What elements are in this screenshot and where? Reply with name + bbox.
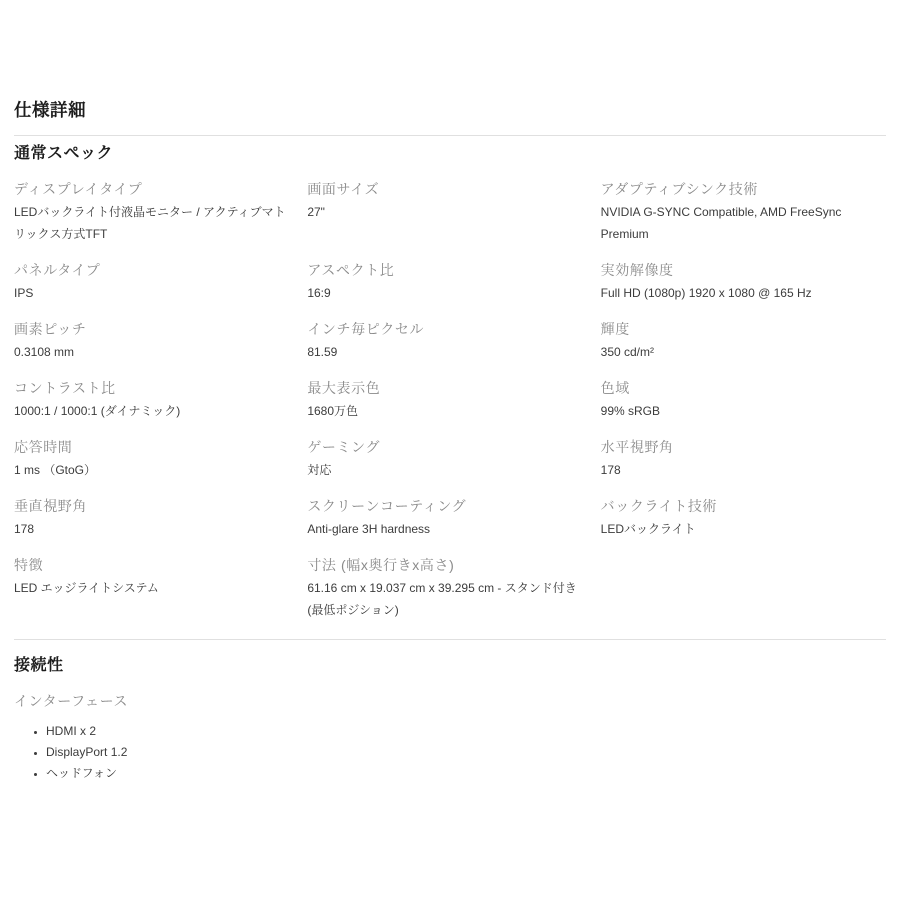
spec-label: パネルタイプ	[14, 261, 293, 279]
spec-value: LEDバックライト付液晶モニター / アクティブマトリックス方式TFT	[14, 201, 293, 245]
spec-grid: ディスプレイタイプ LEDバックライト付液晶モニター / アクティブマトリックス…	[14, 180, 886, 621]
spec-label: アスペクト比	[307, 261, 586, 279]
divider-middle	[14, 639, 886, 640]
spec-item-display-type: ディスプレイタイプ LEDバックライト付液晶モニター / アクティブマトリックス…	[14, 180, 299, 245]
divider-top	[14, 135, 886, 136]
spec-item-resolution: 実効解像度 Full HD (1080p) 1920 x 1080 @ 165 …	[601, 261, 886, 304]
spec-item-response-time: 応答時間 1 ms （GtoG）	[14, 438, 299, 481]
spec-label: 画素ピッチ	[14, 320, 293, 338]
interface-list-item: ヘッドフォン	[46, 766, 886, 781]
interface-list: HDMI x 2 DisplayPort 1.2 ヘッドフォン	[14, 724, 886, 781]
spec-item-brightness: 輝度 350 cd/m²	[601, 320, 886, 363]
spec-value: 1000:1 / 1000:1 (ダイナミック)	[14, 400, 293, 422]
spec-label: バックライト技術	[601, 497, 880, 515]
spec-value: 178	[601, 459, 880, 481]
spec-value: 1680万色	[307, 400, 586, 422]
interface-list-item: DisplayPort 1.2	[46, 745, 886, 760]
spec-value: IPS	[14, 282, 293, 304]
spec-item-screen-size: 画面サイズ 27"	[307, 180, 592, 245]
section-heading-connectivity: 接続性	[14, 656, 886, 676]
spec-value: 対応	[307, 459, 586, 481]
spec-item-v-viewing-angle: 垂直視野角 178	[14, 497, 299, 540]
spec-value: 61.16 cm x 19.037 cm x 39.295 cm - スタンド付…	[307, 577, 586, 621]
spec-value: Anti-glare 3H hardness	[307, 518, 586, 540]
spec-page: 仕様詳細 通常スペック ディスプレイタイプ LEDバックライト付液晶モニター /…	[0, 0, 900, 900]
spec-item-empty	[601, 556, 886, 621]
spec-value: 16:9	[307, 282, 586, 304]
spec-label: コントラスト比	[14, 379, 293, 397]
spec-item-coating: スクリーンコーティング Anti-glare 3H hardness	[307, 497, 592, 540]
spec-item-h-viewing-angle: 水平視野角 178	[601, 438, 886, 481]
spec-item-backlight: バックライト技術 LEDバックライト	[601, 497, 886, 540]
spec-value: 27"	[307, 201, 586, 223]
spec-label: 寸法 (幅x奥行きx高さ)	[307, 556, 586, 574]
spec-value: 81.59	[307, 341, 586, 363]
spec-label: 輝度	[601, 320, 880, 338]
spec-value: 178	[14, 518, 293, 540]
spec-item-pixel-pitch: 画素ピッチ 0.3108 mm	[14, 320, 299, 363]
spec-label: 実効解像度	[601, 261, 880, 279]
spec-value: 350 cd/m²	[601, 341, 880, 363]
spec-item-max-colors: 最大表示色 1680万色	[307, 379, 592, 422]
spec-value: LEDバックライト	[601, 518, 880, 540]
spec-item-aspect-ratio: アスペクト比 16:9	[307, 261, 592, 304]
spec-label: ゲーミング	[307, 438, 586, 456]
spec-label: 水平視野角	[601, 438, 880, 456]
spec-value: 0.3108 mm	[14, 341, 293, 363]
spec-item-features: 特徴 LED エッジライトシステム	[14, 556, 299, 621]
spec-item-gaming: ゲーミング 対応	[307, 438, 592, 481]
spec-item-dimensions: 寸法 (幅x奥行きx高さ) 61.16 cm x 19.037 cm x 39.…	[307, 556, 592, 621]
interface-list-item: HDMI x 2	[46, 724, 886, 739]
section-heading-specs: 通常スペック	[14, 144, 886, 164]
spec-item-contrast: コントラスト比 1000:1 / 1000:1 (ダイナミック)	[14, 379, 299, 422]
spec-label: アダプティブシンク技術	[601, 180, 880, 198]
spec-value: 99% sRGB	[601, 400, 880, 422]
spec-label: 特徴	[14, 556, 293, 574]
spec-label: 最大表示色	[307, 379, 586, 397]
spec-value: Full HD (1080p) 1920 x 1080 @ 165 Hz	[601, 282, 880, 304]
spec-label: 画面サイズ	[307, 180, 586, 198]
spec-item-gamut: 色域 99% sRGB	[601, 379, 886, 422]
interface-group-label: インターフェース	[14, 692, 886, 710]
spec-label: 応答時間	[14, 438, 293, 456]
spec-label: スクリーンコーティング	[307, 497, 586, 515]
spec-label: インチ毎ピクセル	[307, 320, 586, 338]
spec-label: 垂直視野角	[14, 497, 293, 515]
spec-value: 1 ms （GtoG）	[14, 459, 293, 481]
spec-label: ディスプレイタイプ	[14, 180, 293, 198]
spec-item-panel-type: パネルタイプ IPS	[14, 261, 299, 304]
spec-item-ppi: インチ毎ピクセル 81.59	[307, 320, 592, 363]
spec-value: NVIDIA G-SYNC Compatible, AMD FreeSync P…	[601, 201, 880, 245]
page-title: 仕様詳細	[14, 100, 886, 121]
spec-value: LED エッジライトシステム	[14, 577, 293, 599]
spec-label: 色域	[601, 379, 880, 397]
spec-item-adaptive-sync: アダプティブシンク技術 NVIDIA G-SYNC Compatible, AM…	[601, 180, 886, 245]
